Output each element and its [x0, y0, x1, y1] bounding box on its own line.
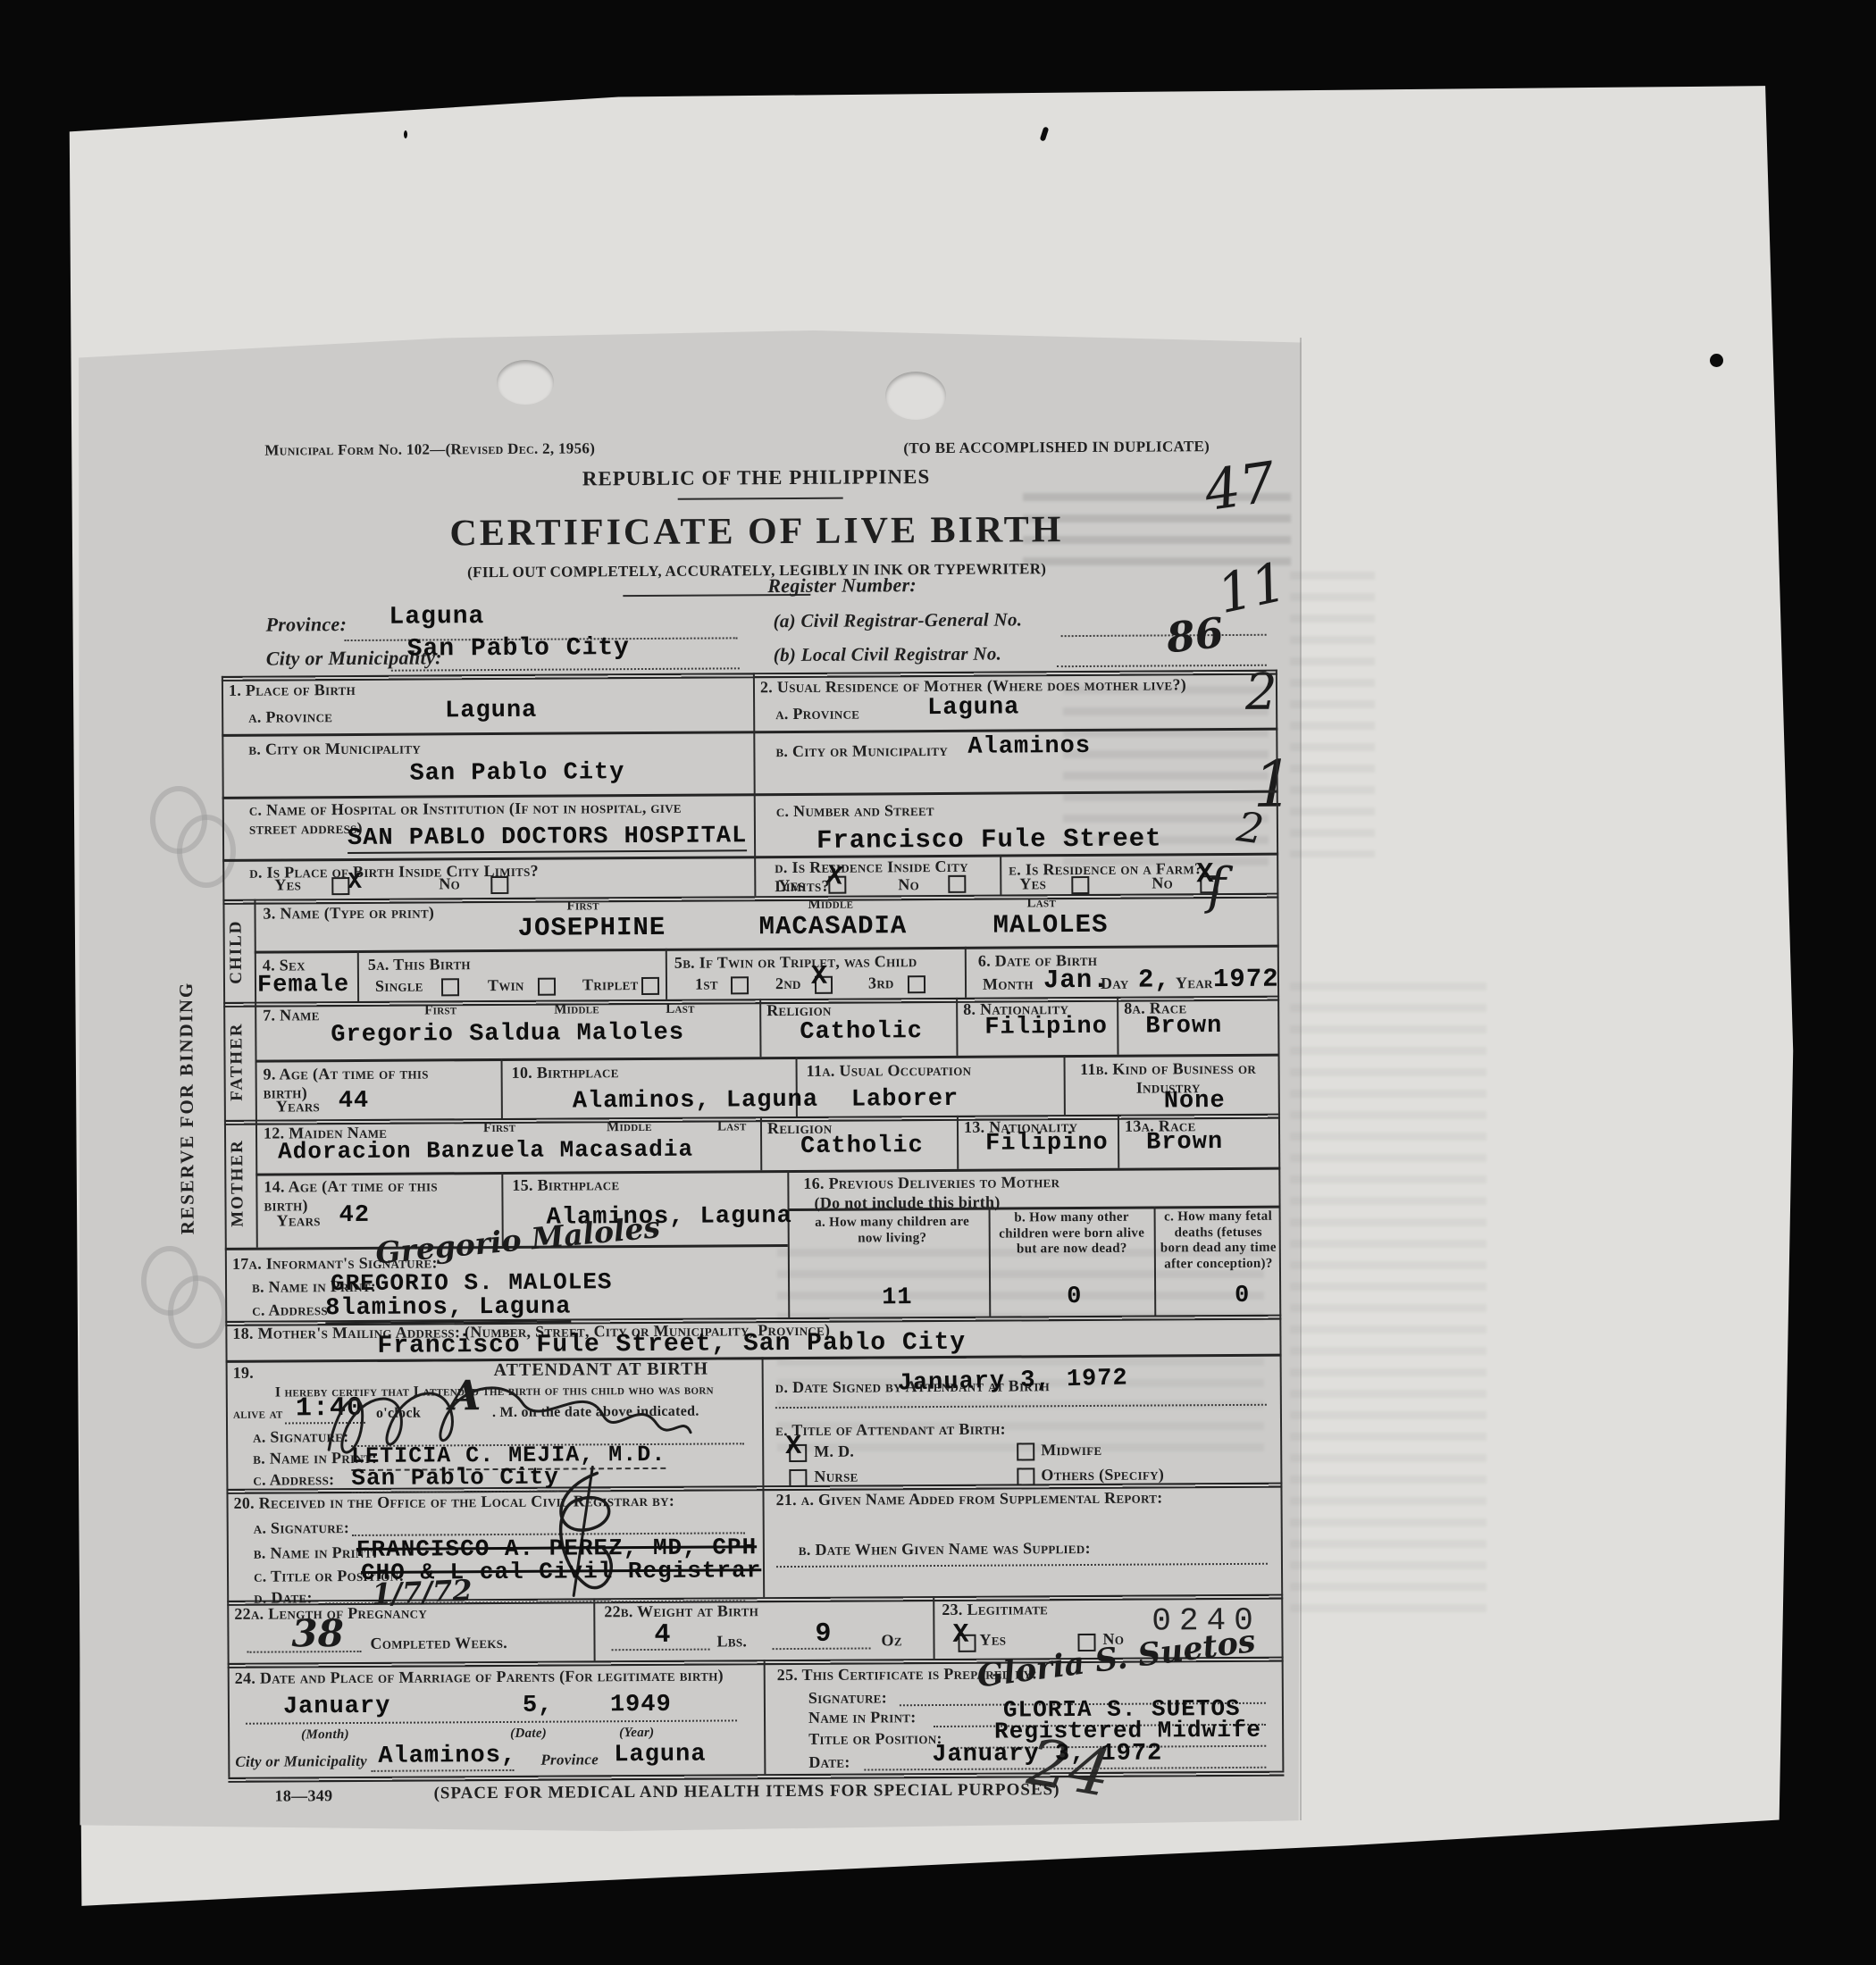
s23-yes-label: Yes	[979, 1631, 1006, 1650]
mother-religion-value: Catholic	[800, 1133, 924, 1160]
s2b-value: Alaminos	[967, 733, 1091, 761]
form-table: 1. Place of Birth a. Province Laguna b. …	[222, 670, 1285, 1777]
dotted-line	[391, 667, 740, 671]
mother-name: Adoracion Banzuela Macasadia	[278, 1136, 693, 1166]
s5b-label: 5b. If Twin or Triplet, was Child	[674, 952, 917, 973]
s2c-value: Francisco Fule Street	[817, 824, 1162, 855]
s1a-label: a. Province	[248, 707, 332, 727]
s10-label: 10. Birthplace	[512, 1063, 619, 1083]
reserve-for-binding-label: RESERVE FOR BINDING	[174, 884, 199, 1331]
handwritten-47: 47	[1201, 449, 1280, 524]
scanned-document-page: Municipal Form No. 102—(Revised Dec. 2, …	[0, 0, 1876, 1965]
rule	[222, 728, 1277, 737]
s4-value: Female	[257, 972, 349, 999]
rule	[593, 1598, 596, 1660]
s24-title: 24. Date and Place of Marriage of Parent…	[235, 1666, 724, 1688]
s22a-weeks-handwritten: 38	[291, 1611, 344, 1655]
rule	[255, 1167, 1280, 1176]
dotted-line	[776, 1563, 1268, 1568]
rule	[666, 949, 668, 999]
s22b-oz-label: Oz	[881, 1631, 901, 1650]
rule	[1063, 1055, 1066, 1115]
mother-nationality-value: Filipino	[985, 1130, 1109, 1158]
republic-heading: REPUBLIC OF THE PHILIPPINES	[354, 463, 1158, 492]
s19d-value: January 3, 1972	[897, 1365, 1128, 1397]
s24-day-value: 5,	[523, 1693, 554, 1719]
mother-age-value: 42	[339, 1202, 370, 1229]
s5b-3rd-checkbox	[908, 975, 925, 993]
s22b-oz-value: 9	[815, 1619, 832, 1650]
s16-note: (Do not include this birth)	[814, 1193, 1000, 1214]
s24-date-caption: (Date)	[510, 1727, 547, 1743]
rule	[1117, 997, 1119, 1055]
s16c-label: c. How many fetal deaths (fetuses born d…	[1160, 1209, 1277, 1274]
s2d-yes-label: Yes	[778, 876, 805, 895]
informant-signature: Gregorio Maloles	[374, 1209, 662, 1271]
s5b-3rd-label: 3rd	[868, 974, 894, 992]
s17c-label: c. Address	[252, 1300, 328, 1320]
s19-certify-alive-at: alive at	[233, 1406, 283, 1423]
s1b-value: San Pablo City	[409, 759, 624, 787]
s17c-value: 8laminos, Laguna	[325, 1294, 571, 1325]
child-last-name: MALOLES	[993, 910, 1109, 941]
s19e-md-label: M. D.	[814, 1442, 854, 1462]
mother-race-value: Brown	[1146, 1129, 1223, 1157]
s1d-no-label: No	[439, 874, 460, 893]
dotted-line	[247, 1651, 362, 1653]
dotted-line	[1057, 665, 1267, 667]
s16b-label: b. How many other children were born ali…	[995, 1210, 1149, 1258]
footer-note: (SPACE FOR MEDICAL AND HEALTH ITEMS FOR …	[433, 1780, 1059, 1804]
s22b-label: 22b. Weight at Birth	[604, 1601, 758, 1621]
child-side-label: CHILD	[226, 905, 247, 999]
s2a-label: a. Province	[775, 705, 859, 724]
s9-years-label: Years	[276, 1097, 320, 1116]
s24-month-value: January	[283, 1693, 391, 1721]
s2e-x: X	[1196, 857, 1213, 891]
father-religion-value: Catholic	[800, 1018, 923, 1046]
local-registrar-number-handwritten: 86	[1164, 608, 1227, 663]
local-civil-registrar-label: (b) Local Civil Registrar No.	[774, 643, 1002, 666]
s1d-no-checkbox	[490, 876, 508, 894]
s12-first-header: First	[483, 1121, 515, 1137]
rule	[957, 1116, 959, 1169]
s24-province-value: Laguna	[614, 1742, 706, 1769]
s5a-triplet-label: Triplet	[582, 975, 639, 995]
register-number-label: Register Number:	[767, 573, 917, 598]
s17b-value: GREGORIO S. MALOLES	[331, 1268, 613, 1297]
s5b-2nd-x: X	[811, 962, 827, 992]
s1c-value: SAN PABLO DOCTORS HOSPITAL	[348, 823, 747, 854]
child-middle-name: MACASADIA	[759, 911, 908, 941]
s19e-midwife-label: Midwife	[1041, 1441, 1101, 1460]
rule	[357, 950, 360, 1001]
dotted-line	[371, 1769, 514, 1772]
rule	[1154, 1207, 1157, 1316]
rule	[956, 998, 959, 1056]
rule	[762, 1485, 765, 1597]
s2d-no-checkbox	[948, 875, 966, 893]
dotted-line	[1061, 634, 1267, 637]
province-label: Province:	[265, 613, 347, 637]
s3-label: 3. Name (Type or print)	[263, 903, 434, 923]
father-side-label: FATHER	[227, 1008, 247, 1116]
rule	[501, 1058, 504, 1118]
s24-city-value: Alaminos,	[378, 1743, 516, 1770]
s22b-lbs-label: Lbs.	[716, 1632, 747, 1651]
s2a-value: Laguna	[927, 694, 1019, 722]
dotted-line	[612, 1649, 710, 1651]
s12-middle-header: Middle	[607, 1120, 652, 1136]
rule	[255, 945, 1279, 954]
s21b-label: b. Date When Given Name was Supplied:	[799, 1539, 1091, 1559]
rule	[759, 999, 762, 1057]
rule	[787, 1170, 790, 1317]
rule	[753, 673, 757, 896]
father-nationality-value: Filipino	[984, 1014, 1108, 1041]
s19e-others-label: Others (Specify)	[1041, 1465, 1164, 1484]
rule	[1000, 855, 1002, 895]
s1-title: 1. Place of Birth	[229, 681, 356, 700]
s5b-1st-label: 1st	[695, 975, 718, 994]
s22b-lbs-value: 4	[654, 1620, 671, 1651]
father-age-value: 44	[339, 1088, 370, 1115]
s19e-nurse-label: Nurse	[814, 1467, 858, 1487]
s12-last-header: Last	[717, 1119, 747, 1135]
civil-registrar-general-label: (a) Civil Registrar-General No.	[773, 608, 1022, 631]
s7-last-header: Last	[666, 1002, 695, 1018]
mother-side-label: MOTHER	[228, 1125, 248, 1242]
s21a-label: 21. a. Given Name Added from Supplementa…	[775, 1488, 1162, 1509]
form-number: Municipal Form No. 102—(Revised Dec. 2, …	[264, 439, 595, 459]
s2b-label: b. City or Municipality	[775, 741, 948, 761]
s5a-twin-checkbox	[538, 978, 556, 996]
s23-label: 23. Legitimate	[942, 1600, 1048, 1619]
s2e-no-label: No	[1152, 874, 1173, 892]
certificate-content: Municipal Form No. 102—(Revised Dec. 2, …	[0, 0, 1876, 1965]
s16-title: 16. Previous Deliveries to Mother	[803, 1173, 1059, 1193]
s6-day-value: 2,	[1138, 965, 1171, 994]
s6-day-label: Day	[1101, 974, 1129, 993]
s18-value: Francisco Fule Street, San Pablo City	[377, 1329, 966, 1362]
s25-title-position-label: Title or Position:	[808, 1729, 942, 1749]
rule	[1118, 1115, 1120, 1168]
s24-year-caption: (Year)	[619, 1726, 654, 1742]
s6-year-value: 1972	[1213, 965, 1279, 994]
s5a-single-label: Single	[375, 977, 423, 997]
rule	[223, 996, 1279, 1008]
s16a-label: a. How many children are now living?	[808, 1215, 977, 1248]
s1a-value: Laguna	[445, 698, 537, 725]
s19c-label: c. Address:	[253, 1470, 334, 1490]
decorative-rule	[678, 498, 843, 500]
dotted-line	[775, 1404, 1267, 1409]
duplicate-note: (TO BE ACCOMPLISHED IN DUPLICATE)	[903, 438, 1210, 457]
s5a-label: 5a. This Birth	[368, 955, 471, 974]
s7-first-header: First	[424, 1003, 456, 1019]
province-value: Laguna	[389, 603, 484, 631]
rule	[989, 1208, 992, 1317]
s19e-nurse-checkbox	[789, 1469, 807, 1487]
city-municipality-value: San Pablo City	[407, 634, 630, 664]
s25-name-label: Name in Print:	[808, 1708, 917, 1727]
s2d-no-label: No	[898, 875, 919, 894]
s5b-2nd-label: 2nd	[775, 974, 801, 993]
s25-date-value: January 3, 1972	[932, 1740, 1162, 1768]
fill-out-instruction: (FILL OUT COMPLETELY, ACCURATELY, LEGIBL…	[265, 559, 1248, 583]
father-business-value: None	[1164, 1088, 1226, 1115]
s11a-label: 11a. Usual Occupation	[807, 1061, 972, 1081]
s24-month-caption: (Month)	[301, 1727, 349, 1743]
father-race-value: Brown	[1145, 1013, 1222, 1041]
s2e-yes-checkbox	[1071, 876, 1089, 894]
s6-month-label: Month	[983, 974, 1034, 994]
father-name: Gregorio Saldua Maloles	[331, 1020, 684, 1049]
s16a-value: 11	[882, 1284, 913, 1311]
handwritten-11: 11	[1212, 550, 1293, 626]
page-title: CERTIFICATE OF LIVE BIRTH	[265, 507, 1248, 557]
s25-signature-label: Signature:	[808, 1688, 887, 1708]
rule	[222, 790, 1278, 799]
s24-year-value: 1949	[610, 1692, 672, 1718]
father-birthplace-value: Alaminos, Laguna	[573, 1087, 818, 1116]
dotted-line	[773, 1647, 871, 1650]
s5a-triplet-checkbox	[641, 977, 659, 995]
s19e-others-checkbox	[1017, 1467, 1034, 1485]
s1b-label: b. City or Municipality	[248, 740, 421, 759]
s6-month-value: Jan.	[1043, 966, 1110, 995]
s5a-twin-label: Twin	[488, 976, 524, 995]
father-religion-label: Religion	[766, 1001, 832, 1021]
s20a-label: a. Signature:	[254, 1518, 350, 1538]
dotted-line	[864, 1767, 1266, 1771]
s7-label: 7. Name	[263, 1006, 320, 1025]
s19-number: 19.	[233, 1364, 255, 1383]
rule	[764, 1660, 766, 1774]
s19e-label: e. Title of Attendant at Birth:	[775, 1420, 1006, 1441]
footer-form-code: 18—349	[274, 1786, 332, 1806]
s5b-1st-checkbox	[731, 976, 749, 994]
father-occupation-value: Laborer	[851, 1086, 959, 1114]
s25-date-label: Date:	[808, 1753, 850, 1773]
rule	[228, 1771, 1284, 1783]
child-first-name: JOSEPHINE	[518, 913, 666, 943]
s7-middle-header: Middle	[554, 1002, 599, 1018]
s6-year-label: Year	[1176, 974, 1213, 992]
s19e-midwife-checkbox	[1017, 1442, 1034, 1460]
s16c-value: 0	[1235, 1283, 1250, 1309]
s2c-label: c. Number and Street	[776, 801, 934, 821]
rule	[933, 1596, 935, 1659]
s24-city-label: City or Municipality	[235, 1752, 367, 1771]
s2e-yes-label: Yes	[1019, 874, 1046, 893]
rule	[965, 947, 967, 998]
s22a-suffix-label: Completed Weeks.	[370, 1634, 507, 1653]
s5a-single-checkbox	[441, 978, 459, 996]
s14-years-label: Years	[277, 1211, 321, 1231]
s15-label: 15. Birthplace	[512, 1175, 619, 1195]
s23-yes-x: X	[952, 1620, 968, 1651]
rule	[760, 1116, 763, 1170]
s24-province-label: Province	[540, 1751, 599, 1768]
s1d-typed-x: X	[348, 868, 362, 895]
s16b-value: 0	[1067, 1284, 1082, 1310]
s1d-yes-label: Yes	[274, 875, 301, 894]
rule	[762, 1357, 765, 1485]
s19e-md-x: X	[785, 1432, 801, 1462]
